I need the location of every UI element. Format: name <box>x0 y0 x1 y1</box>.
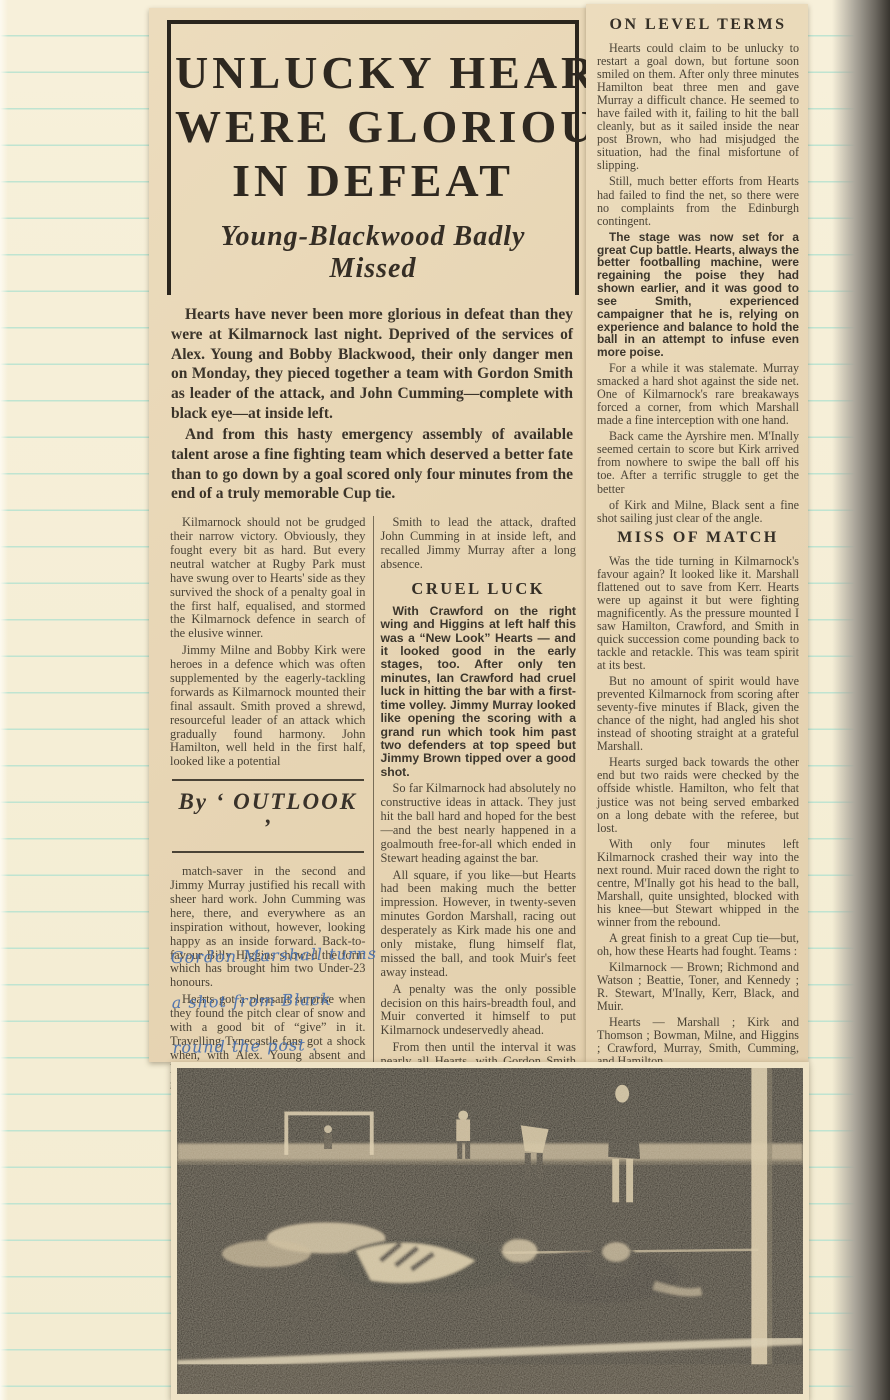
article-paragraph: So far Kilmarnock had absolutely no cons… <box>381 782 577 865</box>
match-photograph-clipping <box>171 1062 809 1400</box>
article-paragraph: of Kirk and Milne, Black sent a fine sho… <box>597 499 799 525</box>
article-paragraph: But no amount of spirit would have preve… <box>597 675 799 753</box>
article-paragraph: Was the tide turning in Kilmarnock's fav… <box>597 555 799 672</box>
handwritten-line: a shot from Black <box>172 989 372 1012</box>
section-header-cruel-luck: CRUEL LUCK <box>381 579 577 599</box>
article-paragraph: Smith to lead the attack, drafted John C… <box>381 516 577 572</box>
article-paragraph: Hearts surged back towards the other end… <box>597 756 799 834</box>
byline-outlook: By ‘ OUTLOOK ’ <box>178 789 357 840</box>
headline-line-1: UNLUCKY HEARTS <box>175 46 571 100</box>
article-paragraph: A penalty was the only possible decision… <box>381 983 577 1039</box>
lede-paragraph: Hearts have never been more glorious in … <box>171 305 573 423</box>
right-newspaper-clipping: ON LEVEL TERMS Hearts could claim to be … <box>586 4 808 1062</box>
headline-line-2: WERE GLORIOUS <box>175 100 571 154</box>
article-paragraph: Hearts could claim to be unlucky to rest… <box>597 42 799 172</box>
section-header-miss-of-match: MISS OF MATCH <box>597 529 799 547</box>
lede-section: Hearts have never been more glorious in … <box>149 295 593 512</box>
article-paragraph-bold: The stage was now set for a great Cup ba… <box>597 231 799 359</box>
article-paragraph: With only four minutes left Kilmarnock c… <box>597 838 799 929</box>
article-paragraph: Kilmarnock should not be grudged their n… <box>170 516 366 641</box>
article-paragraph: Back came the Ayrshire men. M'Inally see… <box>597 430 799 495</box>
article-paragraph-bold: With Crawford on the right wing and Higg… <box>381 605 577 779</box>
headline-box: UNLUCKY HEARTS WERE GLORIOUS IN DEFEAT Y… <box>167 20 579 295</box>
match-photograph <box>177 1068 803 1394</box>
article-paragraph-teams-hearts: Hearts — Marshall ; Kirk and Thomson ; B… <box>597 1016 799 1068</box>
match-photo-illustration <box>177 1068 803 1394</box>
byline-box: By ‘ OUTLOOK ’ <box>172 779 364 853</box>
article-paragraph: All square, if you like—but Hearts had b… <box>381 869 577 980</box>
article-paragraph: Jimmy Milne and Bobby Kirk were heroes i… <box>170 644 366 769</box>
article-paragraph: For a while it was stalemate. Murray sma… <box>597 362 799 427</box>
page-left-edge <box>0 0 8 1400</box>
section-header-on-level-terms: ON LEVEL TERMS <box>597 16 799 34</box>
main-newspaper-clipping: UNLUCKY HEARTS WERE GLORIOUS IN DEFEAT Y… <box>149 8 593 1062</box>
lede-paragraph: And from this hasty emergency assembly o… <box>171 425 573 504</box>
article-paragraph: A great finish to a great Cup tie—but, o… <box>597 932 799 958</box>
article-paragraph-teams-kilmarnock: Kilmarnock — Brown; Richmond and Watson … <box>597 961 799 1013</box>
subheadline: Young-Blackwood Badly Missed <box>175 221 571 285</box>
book-edge-shadow <box>832 0 890 1400</box>
headline-line-3: IN DEFEAT <box>175 154 571 208</box>
handwritten-line: Gordon Marshall turns <box>171 944 371 967</box>
handwritten-line: round the post . <box>172 1034 372 1057</box>
article-paragraph: Still, much better efforts from Hearts h… <box>597 175 799 227</box>
